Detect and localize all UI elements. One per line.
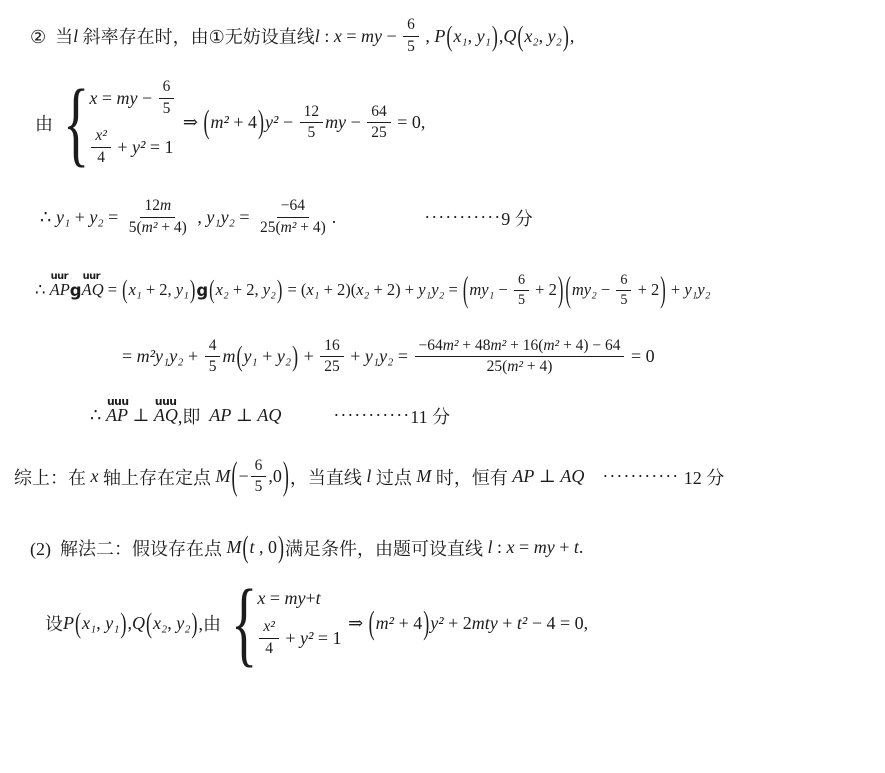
- math-text: :: [493, 537, 507, 558]
- tall-paren: ): [190, 274, 196, 306]
- tall-paren: (: [122, 274, 128, 306]
- block-system-1: 由{x = my − 65x²4 + y² = 1 ⇒ (m² + 4)y² −…: [0, 78, 885, 167]
- math-variable: m²: [507, 358, 523, 377]
- math-variable: my: [534, 537, 555, 558]
- tall-paren: (: [146, 606, 152, 640]
- fraction-denominator: 4: [93, 148, 109, 168]
- fraction: −6425(m² + 4): [256, 197, 330, 237]
- math-text: + 48: [459, 337, 491, 356]
- fraction: 65: [403, 16, 419, 56]
- math-variable: x: [257, 588, 265, 609]
- math-text: 设: [45, 610, 63, 636]
- math-text: =: [235, 207, 254, 228]
- math-text: −: [278, 112, 297, 133]
- math-variable: Q: [132, 613, 145, 634]
- system-equation-row: x²4 + y² = 1: [257, 618, 341, 658]
- math-text: =: [122, 346, 137, 367]
- math-text: ∴: [35, 280, 50, 300]
- math-variable: my: [285, 588, 306, 609]
- math-text: +: [667, 280, 685, 300]
- math-text: − 4 = 0,: [527, 613, 588, 634]
- tall-paren: ): [423, 604, 429, 642]
- math-variable: m²: [443, 337, 459, 356]
- math-text: ,0: [268, 466, 282, 487]
- math-solution-body: ② 当l 斜率存在时，由①无妨设直线l : x = my − 65 , P(x₁…: [0, 16, 885, 667]
- math-variable: m²: [210, 112, 228, 133]
- math-variable: y₁: [477, 26, 491, 47]
- tall-paren: (: [209, 274, 215, 306]
- math-text: 轴上存在定点: [99, 464, 216, 490]
- math-text: 综上：在: [14, 464, 91, 490]
- math-variable: y₂: [277, 346, 291, 367]
- line-perpendicular-conclusion: ∴ uuuAP ⊥ uuuAQ,即 AP ⊥ AQ···········11 分: [0, 403, 885, 429]
- math-text: −: [239, 466, 249, 487]
- math-variable: x²: [263, 618, 275, 637]
- fraction-denominator: 5: [251, 477, 267, 497]
- math-text: =: [265, 588, 284, 609]
- math-text: =: [97, 88, 116, 109]
- math-text: ,由: [199, 610, 222, 636]
- math-variable: x₁: [82, 613, 96, 634]
- tall-paren: (: [203, 104, 209, 142]
- math-text: + 4: [394, 613, 422, 634]
- vector-with-arrow-mark: uurAP: [50, 280, 70, 300]
- math-variable: Q: [503, 26, 516, 47]
- fraction-numerator: 64: [367, 103, 390, 124]
- system-equation-row: x²4 + y² = 1: [89, 127, 173, 167]
- math-text: + 16(: [506, 337, 543, 356]
- score-leader-dots: ···········: [333, 405, 410, 426]
- block-system-2: 设P(x₁, y₁),Q(x₂, y₂),由{x = my+tx²4 + y² …: [0, 579, 885, 667]
- math-variable: x₂: [356, 280, 369, 300]
- math-variable: y₁: [56, 207, 70, 228]
- tall-paren: ): [492, 19, 498, 53]
- fraction-numerator: x²: [259, 618, 279, 639]
- math-text: + 4: [229, 112, 257, 133]
- tall-paren: (: [75, 606, 81, 640]
- dot-product-glyph: g: [196, 281, 208, 300]
- math-text: =: [444, 280, 462, 300]
- math-variable: y₁y₂: [365, 346, 394, 367]
- math-variable: m²: [281, 219, 297, 238]
- system-equation-row: x = my − 65: [89, 78, 176, 118]
- vector-arrow-mark: uuu: [107, 397, 129, 408]
- math-variable: x₁: [306, 280, 319, 300]
- tall-paren: ): [192, 606, 198, 640]
- math-text: −: [597, 280, 615, 300]
- math-variable: my₁: [469, 280, 494, 300]
- vector-with-arrow-mark: uuuAP: [106, 405, 128, 426]
- fraction-numerator: 12m: [140, 197, 175, 218]
- math-variable: x: [89, 88, 97, 109]
- fraction-numerator: 6: [616, 272, 631, 291]
- tall-paren: ): [278, 530, 284, 566]
- math-text: −: [494, 280, 512, 300]
- math-text: +: [306, 588, 316, 609]
- tall-paren: ): [258, 104, 264, 142]
- math-text: ，当直线: [290, 464, 367, 490]
- fraction: 65: [616, 272, 631, 309]
- math-variable: AP: [209, 405, 231, 426]
- math-text: ,即: [178, 403, 210, 429]
- fraction-denominator: 5: [616, 291, 631, 309]
- math-text: + 2)(: [319, 280, 356, 300]
- math-text: (2) 解法二：假设存在点: [30, 535, 227, 561]
- math-variable: y₁: [243, 346, 257, 367]
- fraction-denominator: 5: [159, 99, 175, 119]
- math-variable: m: [160, 197, 171, 216]
- math-text: 满足条件，由题可设直线: [285, 535, 488, 561]
- fraction-numerator: 16: [320, 337, 343, 358]
- math-variable: y₂: [263, 280, 276, 300]
- tall-paren: ): [277, 274, 283, 306]
- math-text: ∴: [90, 405, 106, 426]
- math-text: :: [320, 26, 334, 47]
- math-text: ,: [193, 207, 207, 228]
- math-variable: x₁: [129, 280, 142, 300]
- math-text: ⊥: [231, 405, 257, 426]
- equation-system: {x = my − 65x²4 + y² = 1: [55, 78, 176, 167]
- math-text: 12: [144, 197, 159, 216]
- fraction-denominator: 5: [403, 37, 419, 57]
- spacer: [336, 217, 424, 218]
- tall-paren: (: [232, 454, 238, 500]
- math-text: =: [104, 280, 122, 300]
- math-text: + 2: [531, 280, 557, 300]
- score-leader-dots: ···········: [424, 207, 501, 228]
- vector-with-arrow-mark: uurAQ: [82, 280, 104, 300]
- tall-paren: ): [292, 340, 298, 374]
- math-text: + 4) − 64: [559, 337, 620, 356]
- tall-paren: ): [121, 606, 127, 640]
- fraction: 1625: [320, 337, 343, 377]
- math-variable: y₂: [548, 26, 562, 47]
- math-variable: y₁y₂: [418, 280, 444, 300]
- fraction-denominator: 5: [514, 291, 529, 309]
- math-variable: M: [416, 466, 431, 487]
- line-summary: 综上：在 x 轴上存在定点 M(−65,0)，当直线 l 过点 M 时，恒有 A…: [0, 457, 885, 497]
- math-text: 过点: [371, 464, 416, 490]
- math-variable: P: [63, 613, 74, 634]
- math-variable: m²: [543, 337, 559, 356]
- math-variable: y²: [132, 137, 145, 158]
- math-text: + 4): [157, 219, 186, 238]
- math-variable: m²y₁y₂: [137, 346, 184, 367]
- fraction-denominator: 25(m² + 4): [256, 218, 330, 238]
- tall-paren: (: [236, 340, 242, 374]
- line-vieta-sums: ∴ y₁ + y₂ = 12m5(m² + 4) , y₁y₂ = −6425(…: [0, 197, 885, 237]
- math-text: +: [70, 207, 89, 228]
- fraction: 12m5(m² + 4): [125, 197, 191, 237]
- math-text: =: [104, 207, 123, 228]
- math-variable: y²: [265, 112, 278, 133]
- math-text: + 2) +: [369, 280, 418, 300]
- math-text: =: [393, 346, 412, 367]
- fraction: 125: [300, 103, 323, 143]
- math-text: ⇒: [178, 112, 202, 133]
- math-variable: mty: [472, 613, 498, 634]
- fraction: 65: [514, 272, 529, 309]
- math-text: +: [258, 346, 277, 367]
- math-text: ⇒: [344, 613, 368, 634]
- fraction-numerator: 6: [251, 457, 267, 478]
- fraction: 65: [251, 457, 267, 497]
- fraction-numerator: −64: [277, 197, 309, 218]
- system-left-brace: {: [231, 575, 257, 670]
- math-text: = 0: [626, 346, 654, 367]
- math-variable: m: [222, 346, 235, 367]
- math-text: +: [281, 628, 300, 649]
- line-method2-intro: (2) 解法二：假设存在点 M(t , 0)满足条件，由题可设直线 l : x …: [0, 535, 885, 561]
- system-equation-row: x = my+t: [257, 588, 320, 609]
- math-variable: y²: [430, 613, 443, 634]
- fraction-numerator: 6: [159, 78, 175, 99]
- vector-arrow-mark: uur: [83, 272, 100, 282]
- math-text: +: [555, 537, 574, 558]
- math-text: = 1: [145, 137, 173, 158]
- document-page: ② 当l 斜率存在时，由①无妨设直线l : x = my − 65 , P(x₁…: [0, 0, 885, 773]
- spacer: [281, 415, 333, 416]
- math-text: 9 分: [501, 205, 533, 231]
- tall-paren: ): [563, 19, 569, 53]
- math-text: + 2,: [229, 280, 263, 300]
- fraction-denominator: 25: [320, 357, 343, 377]
- math-text: +: [346, 346, 365, 367]
- math-text: ,: [96, 613, 105, 634]
- fraction-denominator: 4: [261, 639, 277, 659]
- math-text: ,: [539, 26, 548, 47]
- fraction-numerator: −64m² + 48m² + 16(m² + 4) − 64: [415, 337, 625, 358]
- math-text: =: [342, 26, 361, 47]
- math-variable: P: [434, 26, 445, 47]
- system-left-brace: {: [63, 75, 89, 170]
- fraction: x²4: [91, 127, 111, 167]
- math-text: = (: [283, 280, 306, 300]
- math-variable: y²: [300, 628, 313, 649]
- math-text: .: [579, 537, 584, 558]
- tall-paren: ): [558, 268, 564, 312]
- math-text: = 1: [313, 628, 341, 649]
- math-variable: my: [361, 26, 382, 47]
- tall-paren: (: [243, 530, 249, 566]
- math-variable: m²: [376, 613, 394, 634]
- vector-arrow-mark: uuu: [155, 397, 177, 408]
- vector-name: AP: [106, 405, 128, 425]
- math-text: + 2: [633, 280, 659, 300]
- math-text: 11 分: [410, 403, 450, 429]
- line-dot-product-simplify: = m²y₁y₂ + 45m(y₁ + y₂) + 1625 + y₁y₂ = …: [0, 337, 885, 377]
- line-case2-setup: ② 当l 斜率存在时，由①无妨设直线l : x = my − 65 , P(x₁…: [0, 16, 885, 56]
- math-text: , 0: [255, 537, 278, 558]
- math-variable: M: [227, 537, 242, 558]
- math-text: ⊥: [534, 466, 560, 487]
- math-text: ,: [167, 613, 176, 634]
- fraction-denominator: 5(m² + 4): [125, 218, 191, 238]
- math-text: 12 分: [679, 464, 724, 490]
- vector-with-arrow-mark: uuuAQ: [154, 405, 178, 426]
- dot-product-glyph: g: [70, 281, 82, 300]
- math-text: +: [299, 346, 318, 367]
- math-variable: AQ: [560, 466, 584, 487]
- math-variable: my: [117, 88, 138, 109]
- math-variable: y₁: [176, 280, 189, 300]
- math-text: −64: [419, 337, 443, 356]
- fraction-denominator: 25: [367, 123, 390, 143]
- math-text: ,: [468, 26, 477, 47]
- equation-system: {x = my+tx²4 + y² = 1: [223, 579, 342, 667]
- math-variable: m²: [142, 219, 158, 238]
- math-variable: x₂: [524, 26, 538, 47]
- tall-paren: ): [283, 454, 289, 500]
- math-text: +: [184, 346, 203, 367]
- system-rows: x = my+tx²4 + y² = 1: [257, 588, 341, 658]
- tall-paren: (: [369, 604, 375, 642]
- fraction-denominator: 5: [303, 123, 319, 143]
- fraction-numerator: 6: [403, 16, 419, 37]
- math-text: + 2: [444, 613, 472, 634]
- math-text: −: [138, 88, 157, 109]
- math-variable: t²: [517, 613, 527, 634]
- tall-paren: ): [660, 268, 666, 312]
- tall-paren: (: [446, 19, 452, 53]
- vector-name: AQ: [82, 280, 104, 299]
- math-text: +: [498, 613, 517, 634]
- math-text: +: [113, 137, 132, 158]
- math-text: ② 当: [30, 23, 73, 49]
- math-text: + 4): [296, 219, 325, 238]
- math-variable: x: [507, 537, 515, 558]
- fraction-numerator: 6: [514, 272, 529, 291]
- math-text: ∴: [40, 207, 56, 228]
- math-variable: y₁y₂: [684, 280, 710, 300]
- math-variable: x₂: [216, 280, 229, 300]
- math-text: −: [382, 26, 401, 47]
- math-variable: x²: [95, 127, 107, 146]
- fraction-denominator: 5: [205, 357, 221, 377]
- math-variable: y₁: [105, 613, 119, 634]
- math-variable: x: [334, 26, 342, 47]
- math-variable: M: [216, 466, 231, 487]
- math-text: ,: [570, 26, 575, 47]
- tall-paren: (: [463, 268, 469, 312]
- math-text: + 4): [523, 358, 552, 377]
- math-text: =: [515, 537, 534, 558]
- math-text: 斜率存在时，由①无妨设直线: [78, 23, 315, 49]
- score-leader-dots: ···········: [602, 466, 679, 487]
- math-text: = 0,: [393, 112, 426, 133]
- math-variable: my: [325, 112, 346, 133]
- fraction: x²4: [259, 618, 279, 658]
- math-variable: y₁y₂: [206, 207, 235, 228]
- tall-paren: (: [517, 19, 523, 53]
- math-text: ⊥: [128, 405, 154, 426]
- math-variable: x₂: [153, 613, 167, 634]
- math-text: −: [346, 112, 365, 133]
- fraction-denominator: 25(m² + 4): [483, 357, 557, 377]
- math-variable: y₂: [89, 207, 103, 228]
- fraction-numerator: x²: [91, 127, 111, 148]
- math-text: 由: [35, 110, 53, 136]
- math-variable: x₁: [453, 26, 467, 47]
- tall-paren: (: [565, 268, 571, 312]
- math-variable: AP: [512, 466, 534, 487]
- math-text: 25(: [260, 219, 281, 238]
- math-text: + 2,: [142, 280, 176, 300]
- line-dot-product-expand: ∴ uurAPguurAQ = (x₁ + 2, y₁)g(x₂ + 2, y₂…: [0, 272, 885, 309]
- math-text: 25(: [487, 358, 508, 377]
- fraction-numerator: 12: [300, 103, 323, 124]
- math-variable: my₂: [572, 280, 597, 300]
- spacer: [584, 476, 602, 477]
- math-variable: x: [91, 466, 99, 487]
- math-variable: AQ: [257, 405, 281, 426]
- fraction: 45: [205, 337, 221, 377]
- fraction: 65: [159, 78, 175, 118]
- vector-name: AQ: [154, 405, 178, 425]
- math-text: ,: [421, 26, 435, 47]
- math-text: 时，恒有: [431, 464, 512, 490]
- fraction: 6425: [367, 103, 390, 143]
- math-text: 5(: [129, 219, 142, 238]
- math-variable: t: [316, 588, 321, 609]
- math-variable: m²: [490, 337, 506, 356]
- fraction-numerator: 4: [205, 337, 221, 358]
- vector-arrow-mark: uur: [51, 272, 68, 282]
- fraction: −64m² + 48m² + 16(m² + 4) − 6425(m² + 4): [415, 337, 625, 377]
- system-rows: x = my − 65x²4 + y² = 1: [89, 78, 176, 167]
- vector-name: AP: [50, 280, 70, 299]
- math-variable: y₂: [176, 613, 190, 634]
